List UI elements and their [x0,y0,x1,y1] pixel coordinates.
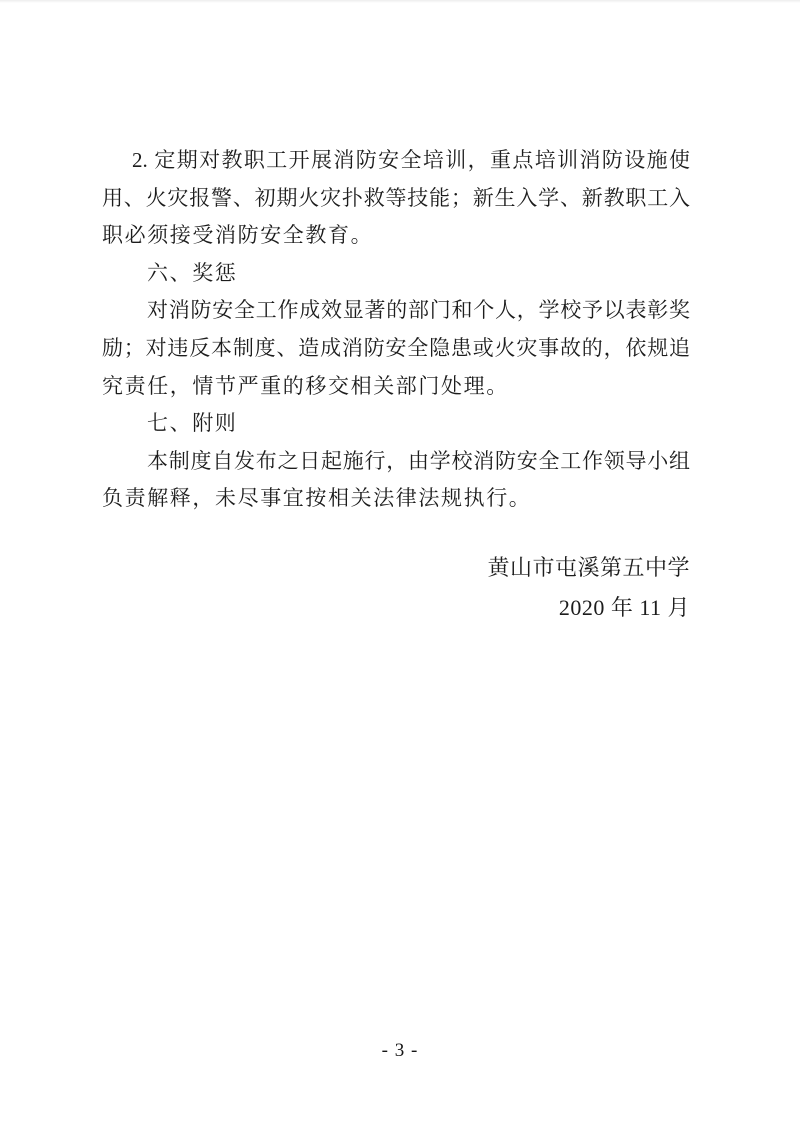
document-page: 2. 定期对教职工开展消防安全培训，重点培训消防设施使 用、火灾报警、初期火灾扑… [0,0,800,1132]
paragraph-rewards-line-3: 究责任，情节严重的移交相关部门处理。 [102,368,690,406]
paragraph-supplementary-line-2: 负责解释，未尽事宜按相关法律法规执行。 [102,480,690,518]
section-heading-supplementary: 七、附则 [102,405,690,443]
scan-edge [0,0,800,3]
paragraph-rewards-line-1: 对消防安全工作成效显著的部门和个人，学校予以表彰奖 [102,292,690,330]
paragraph-rewards-line-2: 励；对违反本制度、造成消防安全隐患或火灾事故的，依规追 [102,330,690,368]
signature-block: 黄山市屯溪第五中学 2020 年 11 月 [487,548,690,628]
document-body: 2. 定期对教职工开展消防安全培训，重点培训消防设施使 用、火灾报警、初期火灾扑… [102,142,690,518]
page-number: - 3 - [0,1040,800,1062]
paragraph-training-line-1: 2. 定期对教职工开展消防安全培训，重点培训消防设施使 [102,142,690,180]
paragraph-supplementary-line-1: 本制度自发布之日起施行，由学校消防安全工作领导小组 [102,443,690,481]
section-heading-rewards-penalties: 六、奖惩 [102,255,690,293]
paragraph-training-line-3: 职必须接受消防安全教育。 [102,217,690,255]
signature-date: 2020 年 11 月 [487,588,690,628]
signature-organization: 黄山市屯溪第五中学 [487,548,690,588]
paragraph-training-line-2: 用、火灾报警、初期火灾扑救等技能；新生入学、新教职工入 [102,180,690,218]
